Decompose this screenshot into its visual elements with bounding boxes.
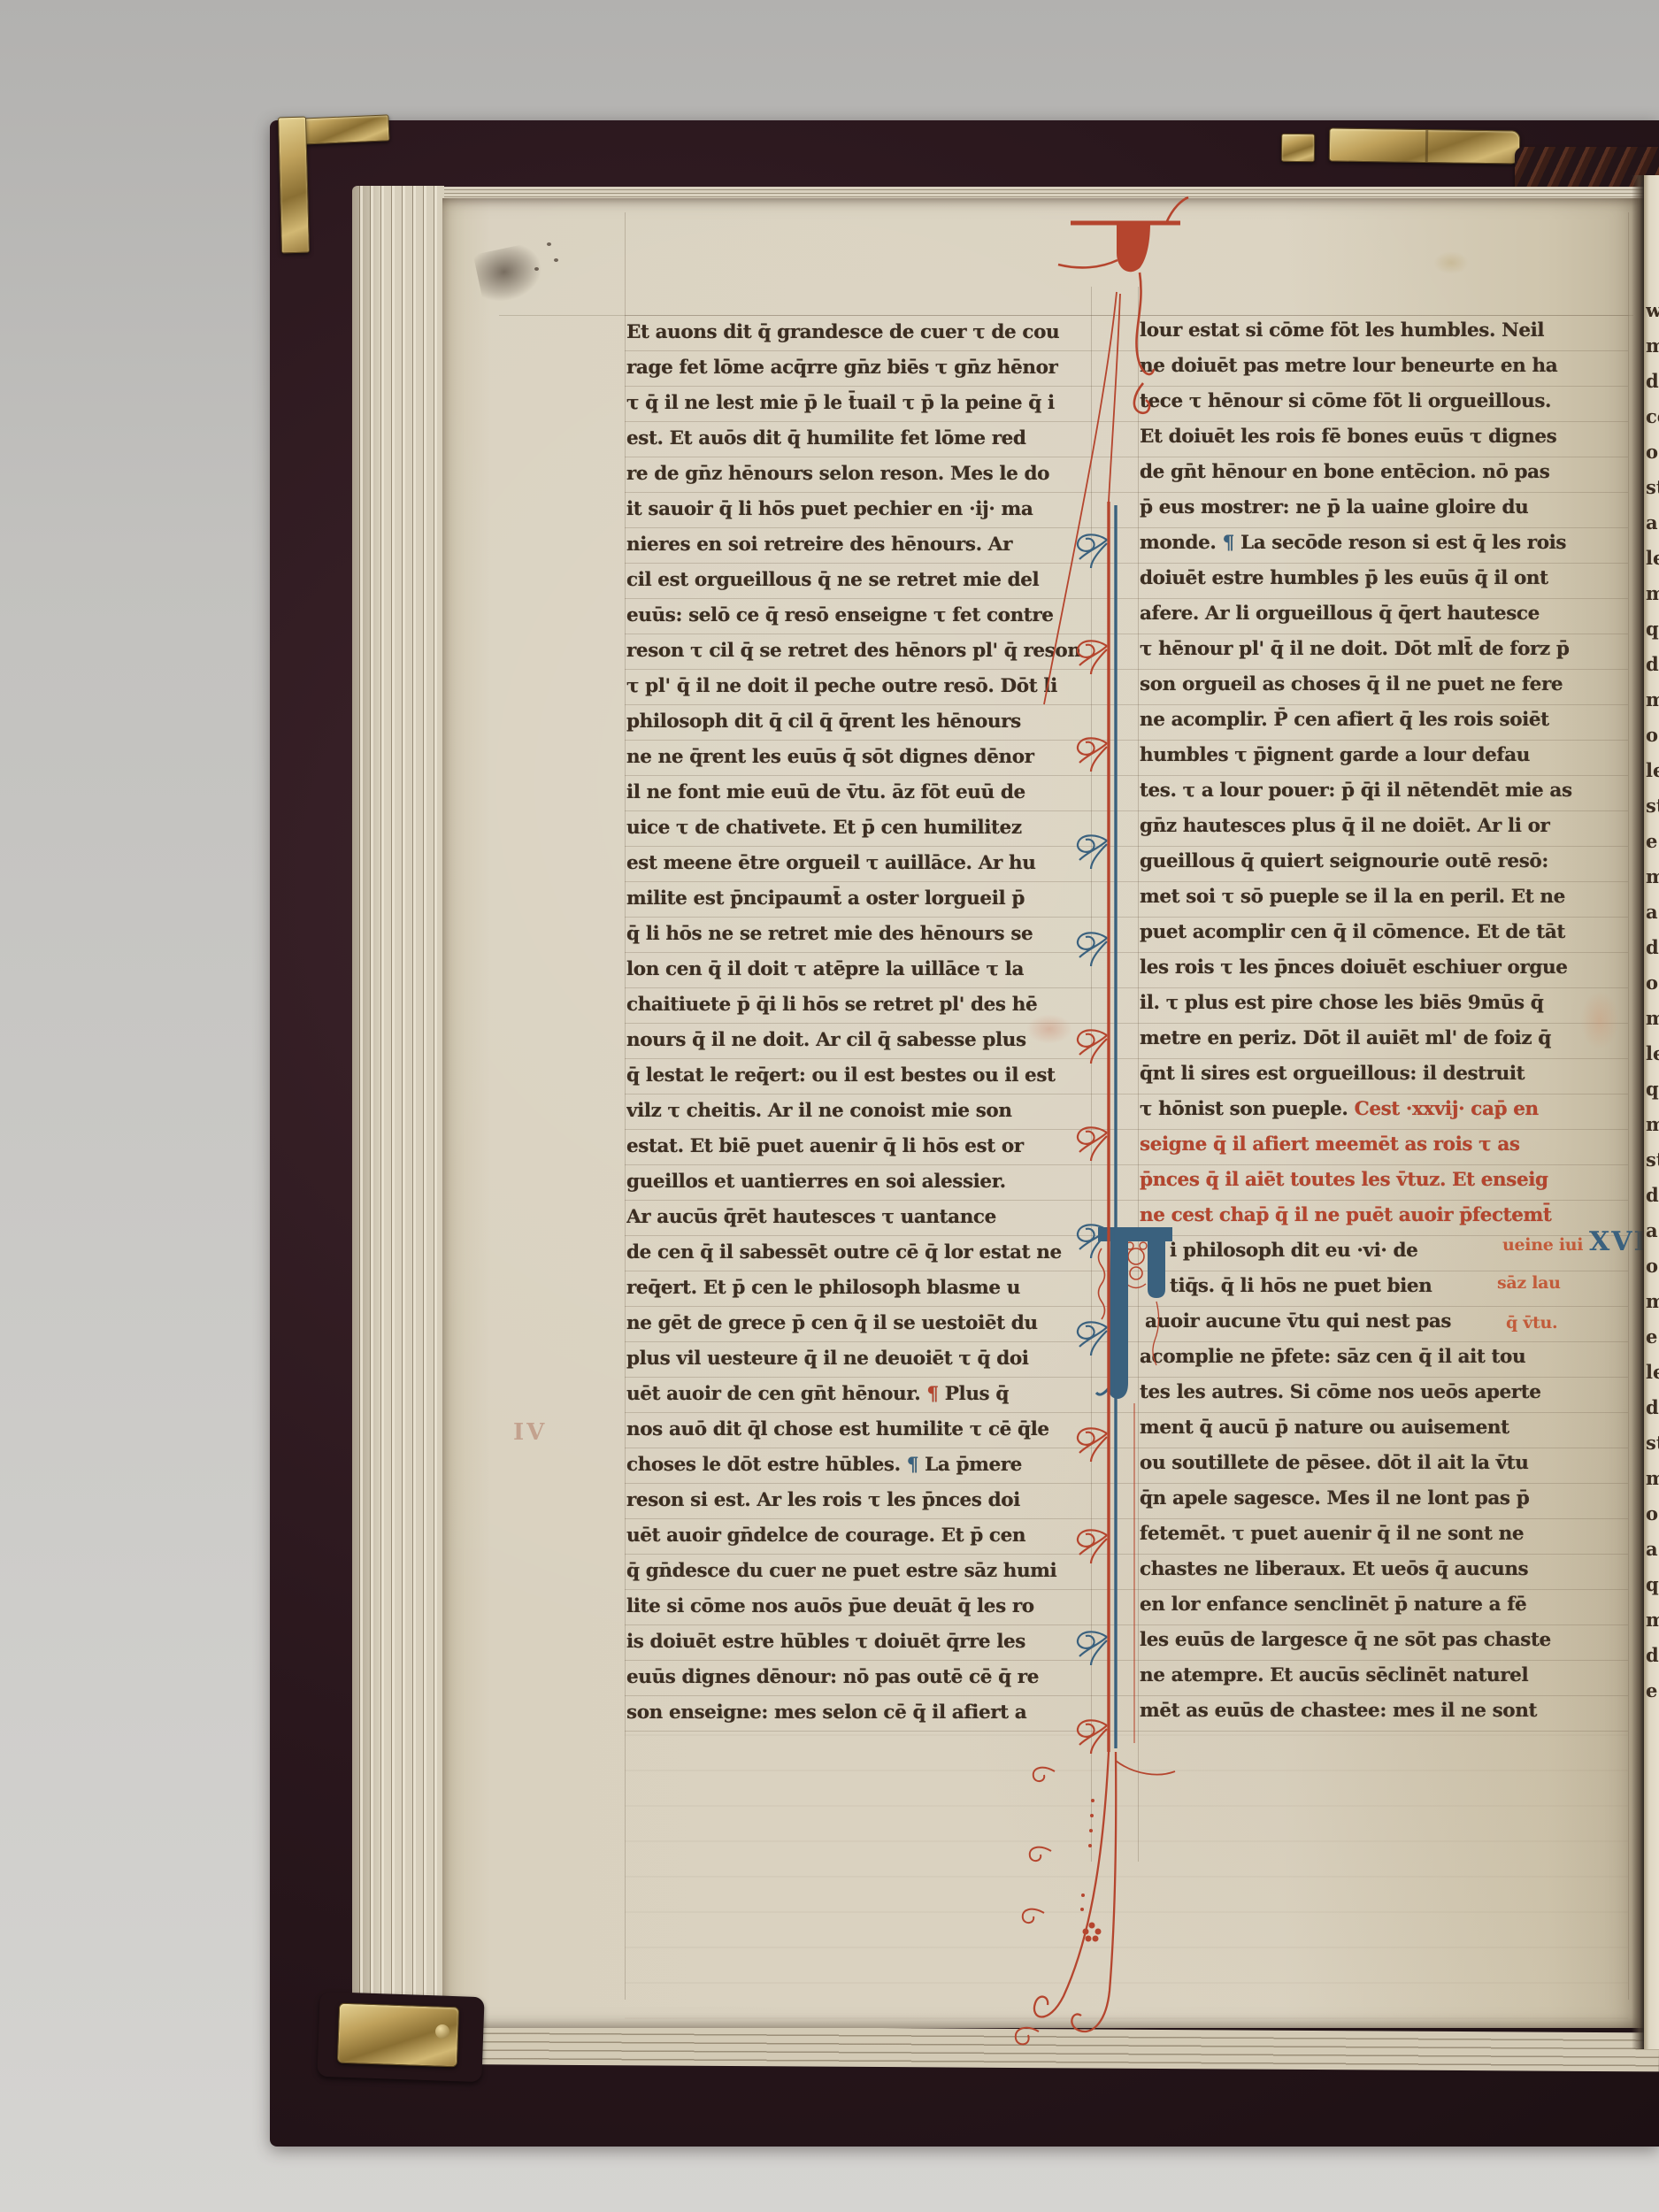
manuscript-line: p̄ eus mostrer: ne p̄ la uaine gloire du <box>1140 489 1632 525</box>
ink-text: ne gēt de grece p̄ cen q̄ il se uestoiēt… <box>626 1312 1038 1334</box>
facing-page-fragment: m <box>1646 1106 1659 1141</box>
manuscript-line: est. Et auōs dit q̄ humilite fet lōme re… <box>626 420 1109 456</box>
facing-page-fragment: st <box>1646 1425 1659 1460</box>
manuscript-line: euūs dignes dēnour: nō pas outē cē q̄ re <box>626 1659 1109 1694</box>
text-column-right: lour estat si cōme fōt les humbles. Neil… <box>1140 312 1632 1728</box>
manuscript-line: ne atempre. Et aucūs sēclinēt naturel <box>1140 1657 1632 1693</box>
facing-page-fragment: e <box>1646 823 1659 858</box>
manuscript-line: estat. Et biē puet auenir q̄ li hōs est … <box>626 1128 1109 1164</box>
facing-page-text-fragments: wmdceostalemqdmolestemadomleqmstdaomeled… <box>1646 292 1659 1708</box>
facing-page-fragment: st <box>1646 469 1659 504</box>
ink-text: ne acomplir. P̄ cen afiert q̄ les rois s… <box>1140 709 1549 731</box>
manuscript-line: metre en periz. Dōt il auiēt ml' de foiz… <box>1140 1020 1632 1056</box>
facing-page-fragment: o <box>1646 1248 1659 1283</box>
manuscript-line: plus vil uesteure q̄ il ne deuoiēt τ q̄ … <box>626 1340 1109 1376</box>
facing-page-fragment: q <box>1646 1566 1659 1601</box>
manuscript-line: monde. ¶ La secōde reson si est q̄ les r… <box>1140 525 1632 560</box>
manuscript-line: philosoph dit q̄ cil q̄ q̄rent les hēnou… <box>626 703 1109 739</box>
manuscript-line: uēt auoir de cen gn̄t hēnour. ¶ Plus q̄ <box>626 1376 1109 1411</box>
manuscript-line: cil est orgueillous q̄ ne se retret mie … <box>626 562 1109 597</box>
manuscript-line: de cen q̄ il sabessēt outre cē q̄ lor es… <box>626 1234 1109 1270</box>
facing-page-fragment: st <box>1646 1141 1659 1177</box>
facing-page-fragment: m <box>1646 327 1659 363</box>
manuscript-line: q̄ li hōs ne se retret mie des hēnours s… <box>626 916 1109 951</box>
facing-page-edge: wmdceostalemqdmolestemadomleqmstdaomeled… <box>1644 175 1659 2049</box>
manuscript-line: tes. τ a lour pouer: p̄ q̄i il nētendēt … <box>1140 772 1632 808</box>
manuscript-line: reson si est. Ar les rois τ les p̄nces d… <box>626 1482 1109 1517</box>
manuscript-line: reson τ cil q̄ se retret des hēnors pl' … <box>626 633 1109 668</box>
ink-text: plus vil uesteure q̄ il ne deuoiēt τ q̄ … <box>626 1348 1029 1370</box>
manuscript-line: ne gēt de grece p̄ cen q̄ il se uestoiēt… <box>626 1305 1109 1340</box>
facing-page-fragment: m <box>1646 1283 1659 1318</box>
ink-text: doiuēt estre humbles p̄ les euūs q̄ il o… <box>1140 567 1548 589</box>
ink-dot <box>547 242 551 246</box>
ink-text: tece τ hēnour si cōme fōt li orgueillous… <box>1140 390 1551 412</box>
ink-text: tes. τ a lour pouer: p̄ q̄i il nētendēt … <box>1140 780 1572 802</box>
manuscript-line: lon cen q̄ il doit τ atēpre la uillāce τ… <box>626 951 1109 987</box>
ink-text: son orgueil as choses q̄ il ne puet ne f… <box>1140 673 1563 695</box>
manuscript-line: Ar aucūs q̄rēt hautesces τ uantance <box>626 1199 1109 1234</box>
ink-text: uice τ de chativete. Et p̄ cen humilitez <box>626 817 1022 839</box>
ink-text: gueillos et uantierres en soi alessier. <box>626 1171 1006 1193</box>
clasp-stud <box>435 2024 449 2039</box>
ink-text: estat. Et biē puet auenir q̄ li hōs est … <box>626 1135 1024 1157</box>
ink-bleedthrough <box>625 1734 1628 2035</box>
manuscript-line: les rois τ les p̄nces doiuēt eschiuer or… <box>1140 949 1632 985</box>
ink-text: puet acomplir cen q̄ il cōmence. Et de t… <box>1140 921 1565 943</box>
ink-text: monde. <box>1140 532 1223 554</box>
ink-text: afere. Ar li orgueillous q̄ q̄ert hautes… <box>1140 603 1540 625</box>
rubric-text: p̄nces q̄ il aiēt toutes les v̄tuz. Et e… <box>1140 1169 1548 1191</box>
ink-text: choses le dōt estre hūbles. <box>626 1454 907 1476</box>
ink-text: is doiuēt estre hūbles τ doiuēt q̄rre le… <box>626 1631 1025 1653</box>
manuscript-line: is doiuēt estre hūbles τ doiuēt q̄rre le… <box>626 1624 1109 1659</box>
ink-text: euūs: selō ce q̄ resō enseigne τ fet con… <box>626 604 1054 626</box>
ink-text: est. Et auōs dit q̄ humilite fet lōme re… <box>626 427 1026 449</box>
left-page-edges <box>352 186 444 2037</box>
facing-page-fragment: d <box>1646 1389 1659 1425</box>
ink-text: nours q̄ il ne doit. Ar cil q̄ sabesse p… <box>626 1029 1026 1051</box>
facing-page-fragment: le <box>1646 1035 1659 1071</box>
manuscript-line: lite si cōme nos auōs p̄ue deuāt q̄ les … <box>626 1588 1109 1624</box>
ruling-vertical-left <box>625 212 626 2000</box>
manuscript-line: gueillous q̄ quiert seignourie outē resō… <box>1140 843 1632 879</box>
facing-page-fragment: le <box>1646 1354 1659 1389</box>
ink-text: gn̄z hautesces plus q̄ il ne doiēt. Ar l… <box>1140 815 1550 837</box>
facing-page-fragment: d <box>1646 363 1659 398</box>
facing-page-fragment: m <box>1646 681 1659 717</box>
gold-clasp-top-small <box>1281 134 1315 162</box>
manuscript-line: son enseigne: mes selon cē q̄ il afiert … <box>626 1694 1109 1730</box>
ink-text: τ pl' q̄ il ne doit il peche outre resō.… <box>626 675 1057 697</box>
ink-text: tes les autres. Si cōme nos ueōs aperte <box>1140 1381 1541 1403</box>
ink-text: q̄ gn̄desce du cuer ne puet estre sāz hu… <box>626 1560 1056 1582</box>
manuscript-line: nos auō dit q̄l chose est humilite τ cē … <box>626 1411 1109 1447</box>
manuscript-line: afere. Ar li orgueillous q̄ q̄ert hautes… <box>1140 595 1632 631</box>
ink-text: ou soutillete de pēsee. dōt il ait la v̄… <box>1140 1452 1528 1474</box>
decorated-initial-L <box>1094 1224 1176 1414</box>
manuscript-line: il ne font mie euū de v̄tu. āz fōt euū d… <box>626 774 1109 810</box>
ink-text: auoir aucune v̄tu qui nest pas <box>1145 1310 1451 1333</box>
facing-page-fragment: e <box>1646 1318 1659 1354</box>
manuscript-line: req̄ert. Et p̄ cen le philosoph blasme u <box>626 1270 1109 1305</box>
ink-text: req̄ert. Et p̄ cen le philosoph blasme u <box>626 1277 1020 1299</box>
facing-page-fragment: a <box>1646 1531 1659 1566</box>
manuscript-line: il. τ plus est pire chose les biēs 9mūs … <box>1140 985 1632 1020</box>
ink-text: uēt auoir de cen gn̄t hēnour. <box>626 1383 926 1405</box>
ink-text: chastes ne liberaux. Et ueōs q̄ aucuns <box>1140 1558 1528 1580</box>
manuscript-line: gn̄z hautesces plus q̄ il ne doiēt. Ar l… <box>1140 808 1632 843</box>
rubric-text: Cest ·xxvij· cap̄ en <box>1355 1098 1539 1120</box>
ink-text: it sauoir q̄ li hōs puet pechier en ·ij·… <box>626 498 1033 520</box>
facing-page-fragment: o <box>1646 964 1659 1000</box>
gutter-shadow <box>1632 175 1644 2049</box>
ink-text: mēt as euūs de chastee: mes il ne sont <box>1140 1700 1537 1722</box>
ink-text: en lor enfance senclinēt p̄ nature a fē <box>1140 1594 1526 1616</box>
ink-text: euūs dignes dēnour: nō pas outē cē q̄ re <box>626 1666 1039 1688</box>
manuscript-line: Et doiuēt les rois fē bones euūs τ digne… <box>1140 419 1632 454</box>
manuscript-line: ne cest chap̄ q̄ il ne puēt auoir p̄fect… <box>1140 1197 1632 1233</box>
manuscript-line: nours q̄ il ne doit. Ar cil q̄ sabesse p… <box>626 1022 1109 1057</box>
ink-text: τ hōnist son pueple. <box>1140 1098 1355 1120</box>
ink-text: re de gn̄z hēnours selon reson. Mes le d… <box>626 463 1049 485</box>
facing-page-fragment: le <box>1646 752 1659 787</box>
facing-page-fragment: d <box>1646 1637 1659 1672</box>
facing-page-fragment: o <box>1646 717 1659 752</box>
text-column-left: Et auons dit q̄ grandesce de cuer τ de c… <box>626 314 1109 1730</box>
manuscript-line: τ pl' q̄ il ne doit il peche outre resō.… <box>626 668 1109 703</box>
ink-text: Et doiuēt les rois fē bones euūs τ digne… <box>1140 426 1556 448</box>
ink-text: ne atempre. Et aucūs sēclinēt naturel <box>1140 1664 1528 1686</box>
manuscript-line: tes les autres. Si cōme nos ueōs aperte <box>1140 1374 1632 1409</box>
facing-page-fragment: e <box>1646 1672 1659 1708</box>
facing-page-fragment: o <box>1646 1495 1659 1531</box>
manuscript-line: chastes ne liberaux. Et ueōs q̄ aucuns <box>1140 1551 1632 1586</box>
facing-page-fragment: q <box>1646 1071 1659 1106</box>
ink-text: ne ne q̄rent les euūs q̄ sōt dignes dēno… <box>626 746 1034 768</box>
ink-text: q̄ lestat le req̄ert: ou il est bestes o… <box>626 1064 1056 1087</box>
manuscript-line: mēt as euūs de chastee: mes il ne sont <box>1140 1693 1632 1728</box>
folio-mark: IV <box>513 1419 547 1446</box>
ink-text: ne doiuēt pas metre lour beneurte en ha <box>1140 355 1557 377</box>
ink-text: La secōde reson si est q̄ les rois <box>1234 532 1566 554</box>
ink-text: i philosoph dit eu ·vi· de <box>1170 1240 1417 1262</box>
manuscript-line: gueillos et uantierres en soi alessier. <box>626 1164 1109 1199</box>
manuscript-line: nieres en soi retreire des hēnours. Ar <box>626 526 1109 562</box>
manuscript-line: q̄n apele sagesce. Mes il ne lont pas p̄ <box>1140 1480 1632 1516</box>
ink-text: cil est orgueillous q̄ ne se retret mie … <box>626 569 1039 591</box>
manuscript-line: en lor enfance senclinēt p̄ nature a fē <box>1140 1586 1632 1622</box>
ruling-vertical-mid-right <box>1138 287 1139 1862</box>
ink-text: τ hēnour pl' q̄ il ne doit. Dōt mlt̄ de … <box>1140 638 1570 660</box>
facing-page-fragment: d <box>1646 929 1659 964</box>
manuscript-line: τ hēnour pl' q̄ il ne doit. Dōt mlt̄ de … <box>1140 631 1632 666</box>
ink-text: acomplie ne p̄fete: sāz cen q̄ il ait to… <box>1140 1346 1525 1368</box>
manuscript-line: est meene ētre orgueil τ auillāce. Ar hu <box>626 845 1109 880</box>
facing-page-fragment: m <box>1646 1000 1659 1035</box>
ink-text: son enseigne: mes selon cē q̄ il afiert … <box>626 1701 1026 1724</box>
manuscript-line: son orgueil as choses q̄ il ne puet ne f… <box>1140 666 1632 702</box>
ink-text: metre en periz. Dōt il auiēt ml' de foiz… <box>1140 1027 1551 1049</box>
manuscript-line: puet acomplir cen q̄ il cōmence. Et de t… <box>1140 914 1632 949</box>
facing-page-fragment: m <box>1646 858 1659 894</box>
manuscript-line: ne ne q̄rent les euūs q̄ sōt dignes dēno… <box>626 739 1109 774</box>
blue-penwork-text: ¶ <box>907 1454 918 1476</box>
manuscript-line: uēt auoir gn̄delce de courage. Et p̄ cen <box>626 1517 1109 1553</box>
manuscript-line: τ q̄ il ne lest mie p̄ le t̄uail τ p̄ la… <box>626 385 1109 420</box>
ink-text: met soi τ sō pueple se il la en peril. E… <box>1140 886 1565 908</box>
ink-text: Plus q̄ <box>939 1383 1009 1405</box>
ink-text: de cen q̄ il sabessēt outre cē q̄ lor es… <box>626 1241 1062 1263</box>
ink-text: tiq̄s. q̄ li hōs ne puet bien <box>1170 1275 1432 1297</box>
rubric-text: seigne q̄ il afiert meemēt as rois τ as <box>1140 1133 1520 1156</box>
manuscript-line: ne doiuēt pas metre lour beneurte en ha <box>1140 348 1632 383</box>
manuscript-line: met soi τ sō pueple se il la en peril. E… <box>1140 879 1632 914</box>
manuscript-line: euūs: selō ce q̄ resō enseigne τ fet con… <box>626 597 1109 633</box>
manuscript-line: tece τ hēnour si cōme fōt li orgueillous… <box>1140 383 1632 419</box>
ink-text: Ar aucūs q̄rēt hautesces τ uantance <box>626 1206 996 1228</box>
photograph-of-manuscript: { "page": { "chapter_number": "XVI", "fo… <box>0 0 1659 2212</box>
manuscript-line: fetemēt. τ puet auenir q̄ il ne sont ne <box>1140 1516 1632 1551</box>
ink-text: chaitiuete p̄ q̄i li hōs se retret pl' d… <box>626 994 1037 1016</box>
gold-corner-fitting-vertical <box>278 117 310 254</box>
stain <box>1433 251 1469 274</box>
ink-text: τ q̄ il ne lest mie p̄ le t̄uail τ p̄ la… <box>626 392 1055 414</box>
manuscript-line: ou soutillete de pēsee. dōt il ait la v̄… <box>1140 1445 1632 1480</box>
margin-note: sāz lau <box>1497 1273 1561 1293</box>
margin-note: ueine iui <box>1502 1235 1583 1255</box>
ink-dot <box>534 267 539 271</box>
manuscript-line: humbles τ p̄ignent garde a lour defau <box>1140 737 1632 772</box>
ink-text: nieres en soi retreire des hēnours. Ar <box>626 534 1012 556</box>
manuscript-line: milite est p̄ncipaumt̄ a oster lorgueil … <box>626 880 1109 916</box>
manuscript-line: de gn̄t hēnour en bone entēcion. nō pas <box>1140 454 1632 489</box>
ink-text: de gn̄t hēnour en bone entēcion. nō pas <box>1140 461 1549 483</box>
manuscript-line: uice τ de chativete. Et p̄ cen humilitez <box>626 810 1109 845</box>
manuscript-line: Et auons dit q̄ grandesce de cuer τ de c… <box>626 314 1109 349</box>
facing-page-fragment: m <box>1646 575 1659 611</box>
gold-clasp-top <box>1329 127 1521 164</box>
facing-page-fragment: m <box>1646 1460 1659 1495</box>
ink-text: humbles τ p̄ignent garde a lour defau <box>1140 744 1530 766</box>
facing-page-fragment: ce <box>1646 398 1659 434</box>
ink-text: uēt auoir gn̄delce de courage. Et p̄ cen <box>626 1525 1025 1547</box>
ink-text: lite si cōme nos auōs p̄ue deuāt q̄ les … <box>626 1595 1034 1617</box>
ink-text: La p̄mere <box>918 1454 1022 1476</box>
ink-text: est meene ētre orgueil τ auillāce. Ar hu <box>626 852 1035 874</box>
facing-page-fragment: a <box>1646 1212 1659 1248</box>
manuscript-line: chaitiuete p̄ q̄i li hōs se retret pl' d… <box>626 987 1109 1022</box>
ink-text: Et auons dit q̄ grandesce de cuer τ de c… <box>626 321 1059 343</box>
facing-page-fragment: a <box>1646 894 1659 929</box>
manuscript-line: q̄nt li sires est orgueillous: il destru… <box>1140 1056 1632 1091</box>
ink-text: lon cen q̄ il doit τ atēpre la uillāce τ… <box>626 958 1024 980</box>
manuscript-line: vilz τ cheitis. Ar il ne conoist mie son <box>626 1093 1109 1128</box>
ink-text: gueillous q̄ quiert seignourie outē resō… <box>1140 850 1548 872</box>
manuscript-line: doiuēt estre humbles p̄ les euūs q̄ il o… <box>1140 560 1632 595</box>
manuscript-line: q̄ gn̄desce du cuer ne puet estre sāz hu… <box>626 1553 1109 1588</box>
facing-page-fragment: d <box>1646 646 1659 681</box>
top-page-edges <box>442 187 1644 199</box>
rubric-text: ne cest chap̄ q̄ il ne puēt auoir p̄fect… <box>1140 1204 1551 1226</box>
manuscript-line: ne acomplir. P̄ cen afiert q̄ les rois s… <box>1140 702 1632 737</box>
ink-text: il ne font mie euū de v̄tu. āz fōt euū d… <box>626 781 1025 803</box>
manuscript-line: it sauoir q̄ li hōs puet pechier en ·ij·… <box>626 491 1109 526</box>
rubric-text: ¶ <box>926 1383 938 1405</box>
facing-page-fragment: m <box>1646 1601 1659 1637</box>
blue-penwork-text: ¶ <box>1223 532 1234 554</box>
manuscript-line: re de gn̄z hēnours selon reson. Mes le d… <box>626 456 1109 491</box>
ink-text: q̄n apele sagesce. Mes il ne lont pas p̄ <box>1140 1487 1529 1509</box>
ink-text: rage fet lōme acq̄rre gn̄z biēs τ gn̄z h… <box>626 357 1057 379</box>
ink-text: les euūs de largesce q̄ ne sōt pas chast… <box>1140 1629 1551 1651</box>
manuscript-line: les euūs de largesce q̄ ne sōt pas chast… <box>1140 1622 1632 1657</box>
facing-page-fragment: st <box>1646 787 1659 823</box>
ink-text: reson si est. Ar les rois τ les p̄nces d… <box>626 1489 1020 1511</box>
ink-text: les rois τ les p̄nces doiuēt eschiuer or… <box>1140 956 1568 979</box>
facing-page-fragment: q <box>1646 611 1659 646</box>
manuscript-line: acomplie ne p̄fete: sāz cen q̄ il ait to… <box>1140 1339 1632 1374</box>
ink-smudge <box>473 242 546 305</box>
ink-dot <box>554 258 558 262</box>
ink-text: fetemēt. τ puet auenir q̄ il ne sont ne <box>1140 1523 1524 1545</box>
margin-note: q̄ v̄tu. <box>1506 1313 1557 1333</box>
facing-page-fragment: a <box>1646 504 1659 540</box>
manuscript-line: choses le dōt estre hūbles. ¶ La p̄mere <box>626 1447 1109 1482</box>
ink-text: nos auō dit q̄l chose est humilite τ cē … <box>626 1418 1049 1440</box>
manuscript-line: q̄ lestat le req̄ert: ou il est bestes o… <box>626 1057 1109 1093</box>
facing-page-fragment: le <box>1646 540 1659 575</box>
ink-text: reson τ cil q̄ se retret des hēnors pl' … <box>626 640 1081 662</box>
manuscript-line: ment q̄ aucū p̄ nature ou auisement <box>1140 1409 1632 1445</box>
ink-text: p̄ eus mostrer: ne p̄ la uaine gloire du <box>1140 496 1528 518</box>
ink-text: vilz τ cheitis. Ar il ne conoist mie son <box>626 1100 1012 1122</box>
facing-page-fragment: o <box>1646 434 1659 469</box>
ink-text: il. τ plus est pire chose les biēs 9mūs … <box>1140 992 1543 1014</box>
facing-page-fragment: d <box>1646 1177 1659 1212</box>
manuscript-page: IV Et auons dit q̄ grandesce de cuer τ d… <box>442 198 1644 2028</box>
ink-text: q̄ li hōs ne se retret mie des hēnours s… <box>626 923 1033 945</box>
ink-text: q̄nt li sires est orgueillous: il destru… <box>1140 1063 1525 1085</box>
facing-page-fragment: w <box>1646 292 1659 327</box>
manuscript-line: rage fet lōme acq̄rre gn̄z biēs τ gn̄z h… <box>626 349 1109 385</box>
manuscript-line: seigne q̄ il afiert meemēt as rois τ as <box>1140 1126 1632 1162</box>
manuscript-line: p̄nces q̄ il aiēt toutes les v̄tuz. Et e… <box>1140 1162 1632 1197</box>
manuscript-line: auoir aucune v̄tu qui nest pas <box>1140 1303 1632 1339</box>
ink-text: milite est p̄ncipaumt̄ a oster lorgueil … <box>626 887 1025 910</box>
ink-text: philosoph dit q̄ cil q̄ q̄rent les hēnou… <box>626 710 1021 733</box>
manuscript-line: lour estat si cōme fōt les humbles. Neil <box>1140 312 1632 348</box>
ink-text: lour estat si cōme fōt les humbles. Neil <box>1140 319 1544 342</box>
ink-text: ment q̄ aucū p̄ nature ou auisement <box>1140 1417 1509 1439</box>
manuscript-line: τ hōnist son pueple. Cest ·xxvij· cap̄ e… <box>1140 1091 1632 1126</box>
